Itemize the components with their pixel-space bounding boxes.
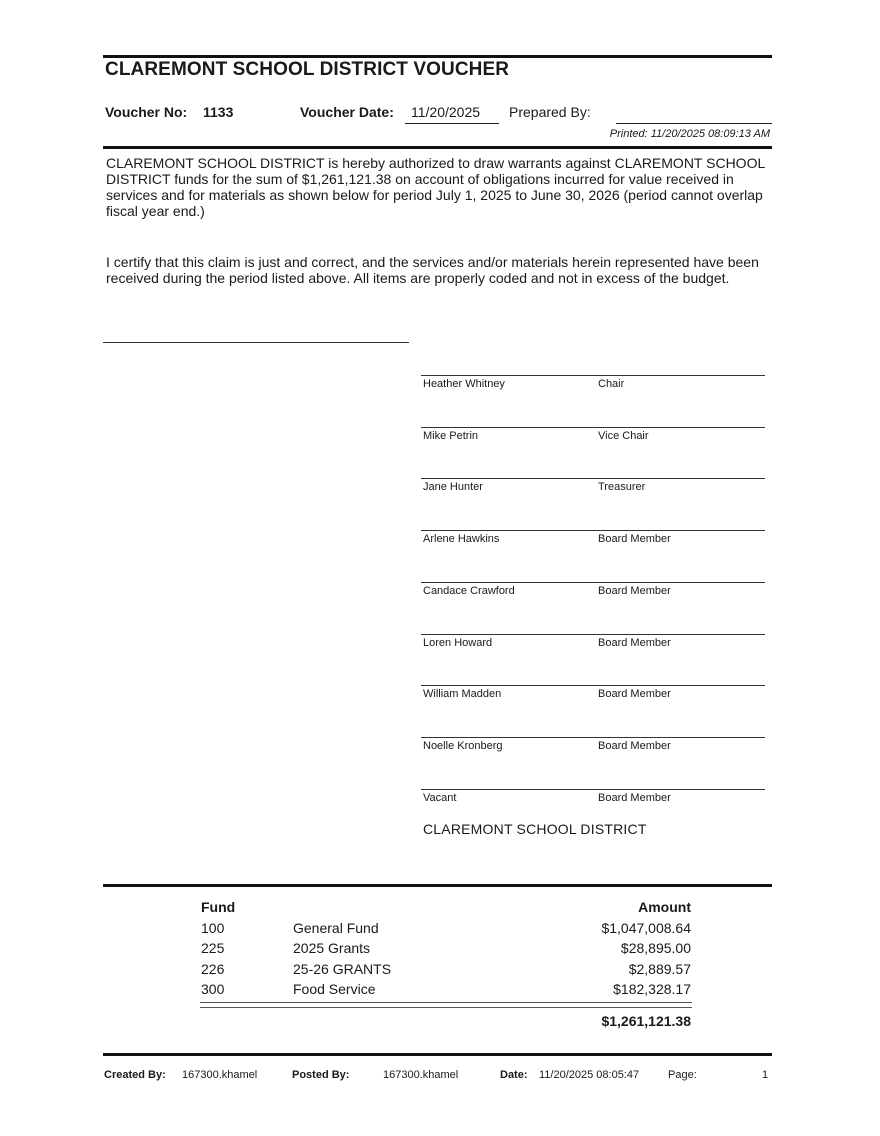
fund-name: 2025 Grants (293, 940, 370, 956)
authorization-text: CLAREMONT SCHOOL DISTRICT is hereby auth… (106, 155, 776, 219)
date-label: Date: (500, 1069, 528, 1081)
fund-header: Fund (201, 899, 235, 915)
board-signature-row: Heather WhitneyChair (421, 375, 765, 396)
fund-number: 100 (201, 920, 224, 936)
board-signature-row: VacantBoard Member (421, 789, 765, 810)
date-label-text: Date: (500, 1069, 528, 1081)
board-member-role: Board Member (598, 740, 671, 752)
total-double-rule (200, 1002, 692, 1008)
board-signature-row: Noelle KronbergBoard Member (421, 737, 765, 758)
board-member-role: Board Member (598, 792, 671, 804)
fund-name: Food Service (293, 981, 375, 997)
top-rule (103, 55, 772, 58)
page-number: 1 (762, 1069, 768, 1081)
board-member-name: Loren Howard (423, 637, 492, 649)
created-by-label-text: Created By: (104, 1069, 166, 1081)
certifier-signature-line (103, 342, 409, 343)
board-signature-row: Candace CrawfordBoard Member (421, 582, 765, 603)
prepared-by-field (616, 104, 772, 124)
voucher-date-label: Voucher Date: (300, 104, 394, 120)
prepared-by-label: Prepared By: (509, 104, 591, 120)
certification-text: I certify that this claim is just and co… (106, 254, 776, 286)
amount-header: Amount (638, 899, 691, 915)
board-member-name: Arlene Hawkins (423, 533, 499, 545)
fund-row: 2252025 Grants$28,895.00 (200, 940, 692, 961)
fund-number: 300 (201, 981, 224, 997)
fund-row: 100General Fund$1,047,008.64 (200, 920, 692, 941)
fund-number: 226 (201, 961, 224, 977)
board-member-role: Board Member (598, 533, 671, 545)
fund-name: 25-26 GRANTS (293, 961, 391, 977)
district-signature-label: CLAREMONT SCHOOL DISTRICT (423, 821, 647, 837)
fund-amount: $1,047,008.64 (601, 920, 691, 936)
date-value: 11/20/2025 08:05:47 (539, 1069, 639, 1081)
fund-amount: $28,895.00 (621, 940, 691, 956)
board-signature-row: Arlene HawkinsBoard Member (421, 530, 765, 551)
fund-amount: $182,328.17 (613, 981, 691, 997)
fund-row: 22625-26 GRANTS$2,889.57 (200, 961, 692, 982)
fund-total: $1,261,121.38 (601, 1013, 691, 1029)
created-by-label: Created By: (104, 1069, 166, 1081)
board-member-role: Chair (598, 378, 624, 390)
header-rule (103, 146, 772, 149)
board-signature-row: Mike PetrinVice Chair (421, 427, 765, 448)
posted-by-label: Posted By: (292, 1069, 349, 1081)
board-member-name: William Madden (423, 688, 501, 700)
board-signature-row: Jane HunterTreasurer (421, 478, 765, 499)
board-member-name: Vacant (423, 792, 456, 804)
posted-by-value: 167300.khamel (383, 1069, 458, 1081)
board-member-role: Board Member (598, 688, 671, 700)
board-member-role: Vice Chair (598, 430, 649, 442)
printed-timestamp: Printed: 11/20/2025 08:09:13 AM (610, 128, 770, 140)
fund-amount: $2,889.57 (629, 961, 691, 977)
fund-name: General Fund (293, 920, 379, 936)
created-by-value: 167300.khamel (182, 1069, 257, 1081)
board-member-role: Treasurer (598, 481, 645, 493)
board-member-name: Heather Whitney (423, 378, 505, 390)
voucher-date-value: 11/20/2025 (405, 104, 499, 124)
fund-table: Fund Amount 100General Fund$1,047,008.64… (200, 899, 692, 1002)
fund-section-rule (103, 884, 772, 887)
page-label: Page: (668, 1069, 697, 1081)
board-member-role: Board Member (598, 637, 671, 649)
board-signature-row: William MaddenBoard Member (421, 685, 765, 706)
document-title: CLAREMONT SCHOOL DISTRICT VOUCHER (105, 59, 509, 81)
board-member-name: Mike Petrin (423, 430, 478, 442)
fund-row: 300Food Service$182,328.17 (200, 981, 692, 1002)
posted-by-label-text: Posted By: (292, 1069, 349, 1081)
board-member-name: Jane Hunter (423, 481, 483, 493)
board-member-name: Candace Crawford (423, 585, 515, 597)
board-signature-row: Loren HowardBoard Member (421, 634, 765, 655)
footer-rule (103, 1053, 772, 1056)
voucher-no-value: 1133 (203, 104, 233, 120)
board-member-role: Board Member (598, 585, 671, 597)
voucher-no-label: Voucher No: (105, 104, 187, 120)
fund-table-header: Fund Amount (200, 899, 692, 920)
fund-number: 225 (201, 940, 224, 956)
board-member-name: Noelle Kronberg (423, 740, 503, 752)
